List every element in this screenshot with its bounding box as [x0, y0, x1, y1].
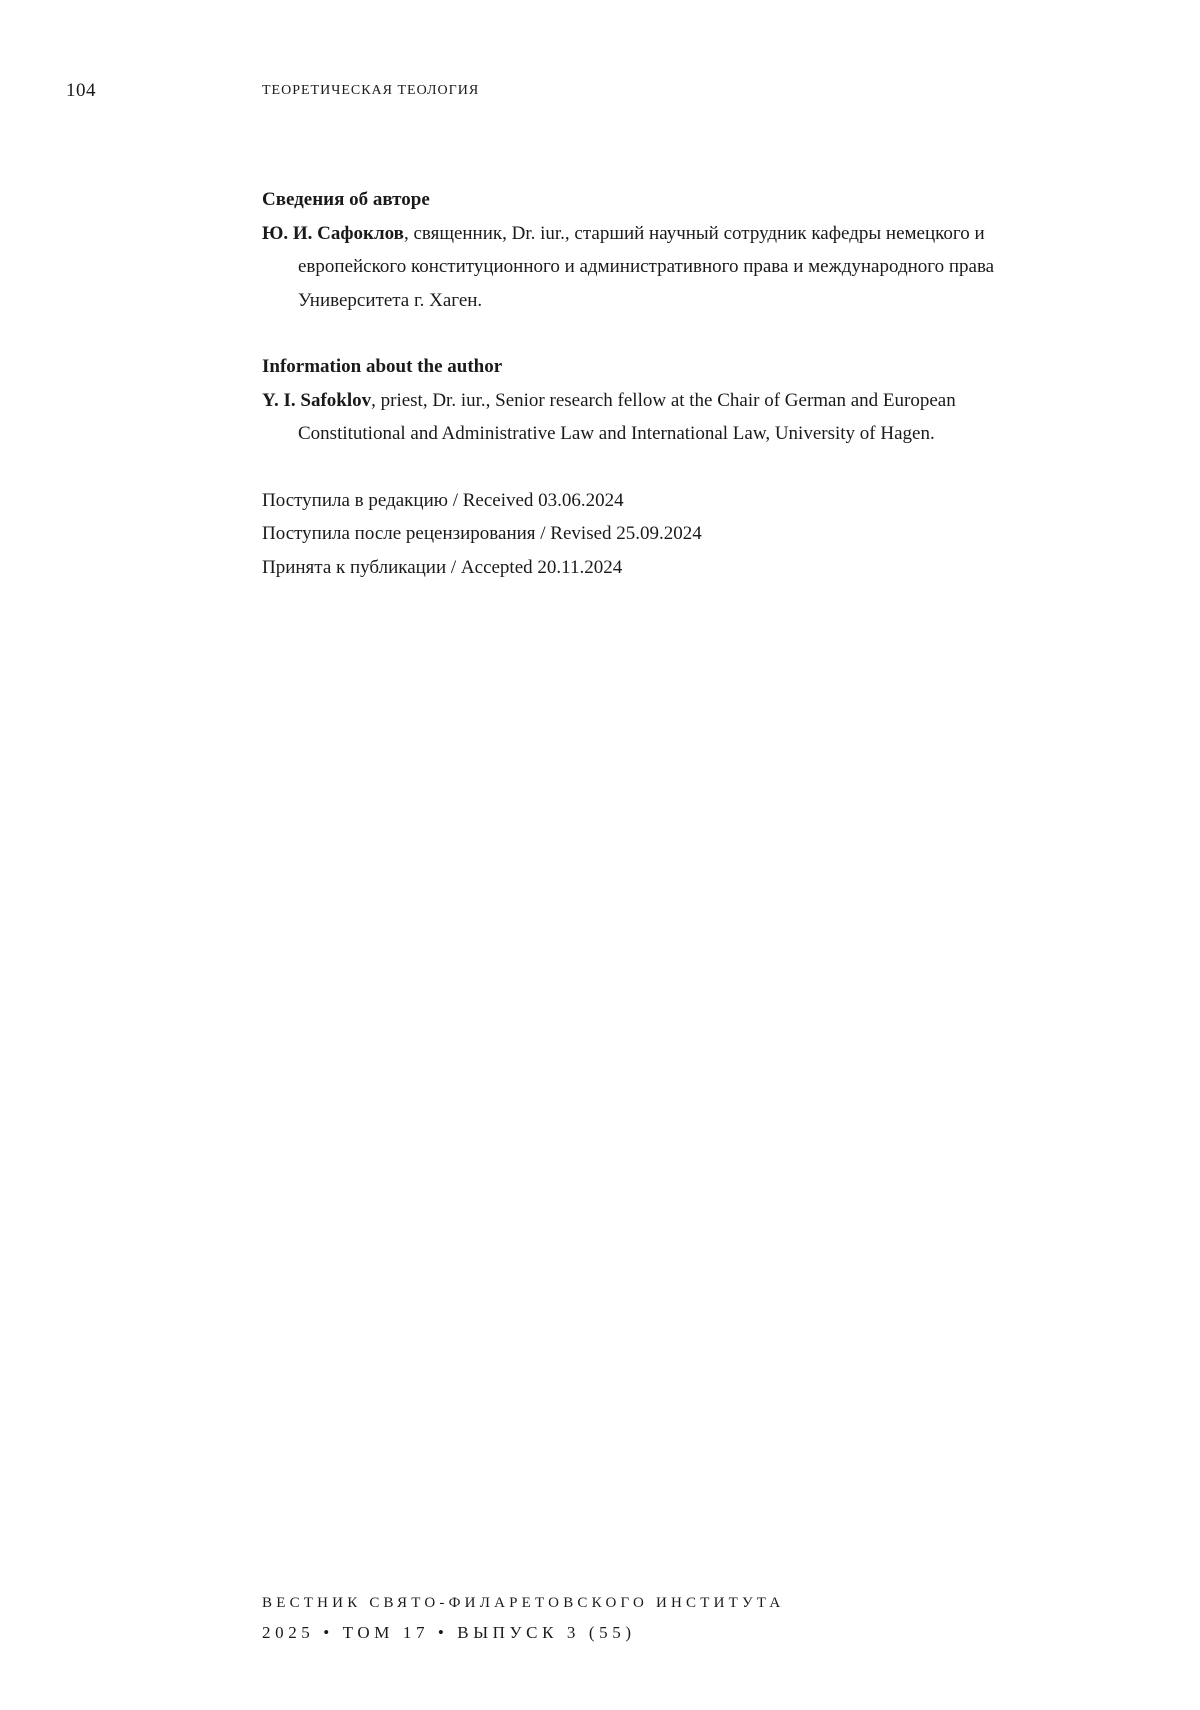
author-info-content: Сведения об авторе Ю. И. Сафоклов, свяще…	[262, 183, 1062, 584]
running-head: 104 ТЕОРЕТИЧЕСКАЯ ТЕОЛОГИЯ	[0, 80, 1200, 104]
page-number: 104	[66, 80, 96, 102]
author-name-en: Y. I. Safoklov	[262, 390, 371, 411]
author-info-heading-en: Information about the author	[262, 350, 1062, 384]
journal-title: ВЕСТНИК СВЯТО-ФИЛАРЕТОВСКОГО ИНСТИТУТА	[262, 1588, 784, 1618]
date-received: Поступила в редакцию / Received 03.06.20…	[262, 484, 1062, 518]
author-info-ru: Сведения об авторе Ю. И. Сафоклов, свяще…	[262, 183, 1062, 317]
journal-issue: 2025 • ТОМ 17 • ВЫПУСК 3 (55)	[262, 1618, 784, 1648]
author-entry-ru: Ю. И. Сафоклов, священник, Dr. iur., ста…	[262, 217, 1062, 318]
spacer	[262, 451, 1062, 484]
spacer	[262, 317, 1062, 350]
author-entry-en: Y. I. Safoklov, priest, Dr. iur., Senior…	[262, 384, 1062, 451]
section-title: ТЕОРЕТИЧЕСКАЯ ТЕОЛОГИЯ	[262, 83, 479, 99]
author-description-en: , priest, Dr. iur., Senior research fell…	[298, 390, 956, 445]
date-revised: Поступила после рецензирования / Revised…	[262, 517, 1062, 551]
author-name-ru: Ю. И. Сафоклов	[262, 223, 404, 244]
journal-footer: ВЕСТНИК СВЯТО-ФИЛАРЕТОВСКОГО ИНСТИТУТА 2…	[262, 1588, 784, 1648]
date-accepted: Принята к публикации / Accepted 20.11.20…	[262, 551, 1062, 585]
author-info-heading-ru: Сведения об авторе	[262, 183, 1062, 217]
publication-dates: Поступила в редакцию / Received 03.06.20…	[262, 484, 1062, 585]
author-info-en: Information about the author Y. I. Safok…	[262, 350, 1062, 451]
